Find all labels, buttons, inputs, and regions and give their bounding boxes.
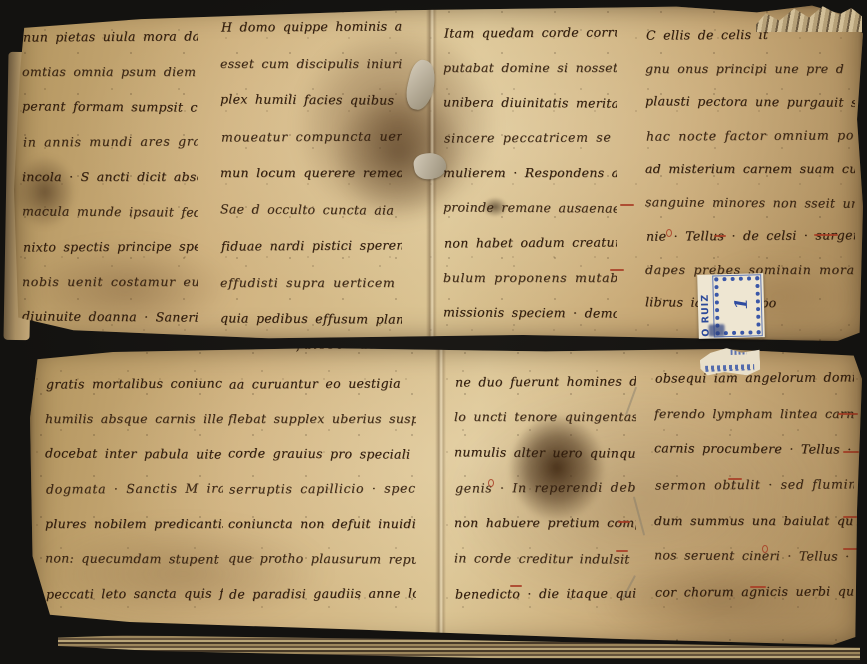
manuscript-text-line: H domo quippe hominis au xyxy=(221,17,402,38)
rubric-mark xyxy=(750,586,766,588)
text-column-1: nun pietas uiula mora daus giomtias omni… xyxy=(22,27,198,327)
parchment-strip-bottom: im atque cum illis res fuisse uim cetera… xyxy=(30,346,862,646)
manuscript-text-line: plausti pectora une purgauit sordo xyxy=(645,91,855,112)
manuscript-text-line: effudisti supra uerticem caus xyxy=(220,273,402,293)
manuscript-text-line: perant formam sumpsit contracem xyxy=(22,96,198,117)
manuscript-text-line: benedicto · die itaque quis plum xyxy=(455,583,636,604)
manuscript-text-line: esset cum discipulis iniuria bis xyxy=(220,54,402,74)
manuscript-text-line: mulierem · Respondens autem xyxy=(443,163,617,183)
manuscript-text-line: mun locum querere remedii xyxy=(220,163,402,183)
manuscript-text-line: in annis mundi ares gratia sero xyxy=(23,131,198,152)
manuscript-text-line: humilis absque carnis ille cebno xyxy=(45,409,223,429)
manuscript-text-line: carnis procumbere · Tellus · Reginae xyxy=(654,439,854,460)
manuscript-text-line: missionis speciem · demon xyxy=(443,302,617,323)
label-number: 1 xyxy=(732,298,752,310)
rubric-mark xyxy=(838,413,858,415)
rubric-mark xyxy=(620,204,634,206)
manuscript-text-line: sanguine minores non sseit un xyxy=(645,192,855,213)
manuscript-text-line: quia pedibus effusum plam xyxy=(220,308,402,329)
manuscript-text-line: non: quecumdam stupent pectora xyxy=(45,548,223,569)
rubric-mark xyxy=(762,545,768,553)
manuscript-text-line: ferendo lympham lintea carne xyxy=(654,404,854,424)
manuscript-text-line: dogmata · Sanctis M iratur xyxy=(46,478,223,499)
manuscript-text-line: flebat supplex uberius suspirans xyxy=(228,409,416,429)
manuscript-text-line: ne duo fuerunt homines duos xyxy=(455,372,636,393)
manuscript-text-line: nos seruent cineri · Tellus · Lauda xyxy=(654,546,854,567)
text-column-2: aa curuantur eo uestigiaflebat supplex u… xyxy=(228,374,416,604)
manuscript-text-line: bulum proponens mutabilem xyxy=(443,268,617,288)
manuscript-text-line: serruptis capillicio · spector sacra xyxy=(229,478,416,499)
center-fold xyxy=(435,346,446,646)
text-column-2: H domo quippe hominis auesset cum discip… xyxy=(220,17,402,329)
manuscript-text-line: peccati leto sancta quis filius altissim… xyxy=(46,583,223,604)
manuscript-text-line: incola · S ancti dicit abscis xyxy=(22,167,198,187)
manuscript-text-line: plures nobilem predicantis indig xyxy=(45,514,223,534)
rubric-mark xyxy=(814,234,838,236)
manuscript-text-line: Sae d occulto cuncta aia xyxy=(220,199,402,220)
manuscript-text-line: de paradisi gaudiis anne longius xyxy=(229,583,416,604)
manuscript-text-line: proinde remane ausaenae aut xyxy=(443,197,617,218)
manuscript-text-line: non habet oadum creature lan xyxy=(444,232,617,253)
rubric-mark xyxy=(843,451,859,453)
rubric-mark xyxy=(618,521,630,523)
manuscript-text-line: diuinuite doanna · Saneri xyxy=(22,306,198,327)
rubric-mark xyxy=(510,585,522,587)
rubric-mark xyxy=(843,548,859,550)
manuscript-photo: nun pietas uiula mora daus giomtias omni… xyxy=(0,0,867,664)
manuscript-text-line: gnu onus principi une pre d xyxy=(645,59,855,79)
manuscript-text-line: omtias omnia psum diem pre xyxy=(22,62,198,82)
manuscript-text-line: unibera diuinitatis merita non xyxy=(443,92,617,113)
rubric-mark xyxy=(616,550,628,552)
library-label: O RUIZ 1 xyxy=(697,273,765,339)
manuscript-text-line: gratis mortalibus coniuncta factus xyxy=(46,374,223,395)
manuscript-text-line: cor chorum agnicis uerbi que fuit xyxy=(655,581,854,602)
manuscript-text-line: hac nocte factor omnium po xyxy=(646,125,855,146)
manuscript-text-line: ad misterium carnem suam cum xyxy=(645,159,855,179)
manuscript-text-line: docebat inter pabula uite celestis xyxy=(45,443,223,464)
label-border-fragment xyxy=(705,364,754,372)
text-column-3: Itam quedam corde corrud inputabat domin… xyxy=(443,23,617,323)
manuscript-text-line: numulis alter uero quinqua xyxy=(454,442,636,463)
text-column-1: gratis mortalibus coniuncta factushumili… xyxy=(45,374,223,604)
rubric-mark xyxy=(666,229,672,237)
rubric-mark xyxy=(488,479,494,487)
manuscript-text-line: sermon obtulit · sed flumine mystica xyxy=(655,474,854,495)
text-column-3: ne duo fuerunt homines duoslo uncti teno… xyxy=(454,372,636,604)
rubric-mark xyxy=(728,478,742,480)
manuscript-text-line: in corde creditur indulsit xyxy=(454,548,636,569)
rubric-mark xyxy=(843,516,859,518)
manuscript-text-line: non habuere pretium compul xyxy=(454,513,636,533)
manuscript-text-line: aa curuantur eo uestigia xyxy=(229,374,416,395)
cut-text: im atque cum illis res fuisse uim cetera… xyxy=(70,346,830,352)
manuscript-text-line: nixto spectis principe spem dedit xyxy=(23,236,198,257)
label-ink-smudge xyxy=(708,324,724,336)
rubric-mark xyxy=(714,235,726,237)
manuscript-text-line: genis · In reperendi debitum xyxy=(455,477,636,498)
manuscript-text-line: que protho plausurum repulit xyxy=(228,548,416,569)
manuscript-text-line: dum summus una baiulat quidni xyxy=(654,511,854,531)
manuscript-text-line: lo uncti tenore quingentas deces xyxy=(454,407,636,427)
manuscript-text-line: nun pietas uiula mora daus gi xyxy=(23,27,198,48)
manuscript-text-line: Itam quedam corde corrud in xyxy=(444,23,617,44)
rubric-mark xyxy=(610,269,624,271)
manuscript-text-line: putabat domine si nosset hic xyxy=(443,58,617,78)
manuscript-text-line: nobis uenit costamur euangelica xyxy=(22,272,198,292)
manuscript-text-line: plex humili facies quibus xyxy=(220,89,402,110)
manuscript-text-line: coniuncta non defuit inuidia xyxy=(228,514,416,534)
manuscript-text-line: fiduae nardi pistici sperent xyxy=(221,235,402,256)
tear-patch xyxy=(402,58,439,113)
manuscript-text-line: sincere peccatricem se tangere xyxy=(444,127,617,148)
text-column-4: obsequi iam angelorum dominusferendo lym… xyxy=(654,368,854,602)
manuscript-text-line: moueatur compuncta uerbo de xyxy=(221,126,402,147)
manuscript-text-line: macula munde ipsauit federa de xyxy=(22,201,198,222)
manuscript-text-line: corde grauius pro speciali luxu xyxy=(228,443,416,464)
text-column-4: C ellis de celis itgnu onus principi une… xyxy=(645,25,855,313)
